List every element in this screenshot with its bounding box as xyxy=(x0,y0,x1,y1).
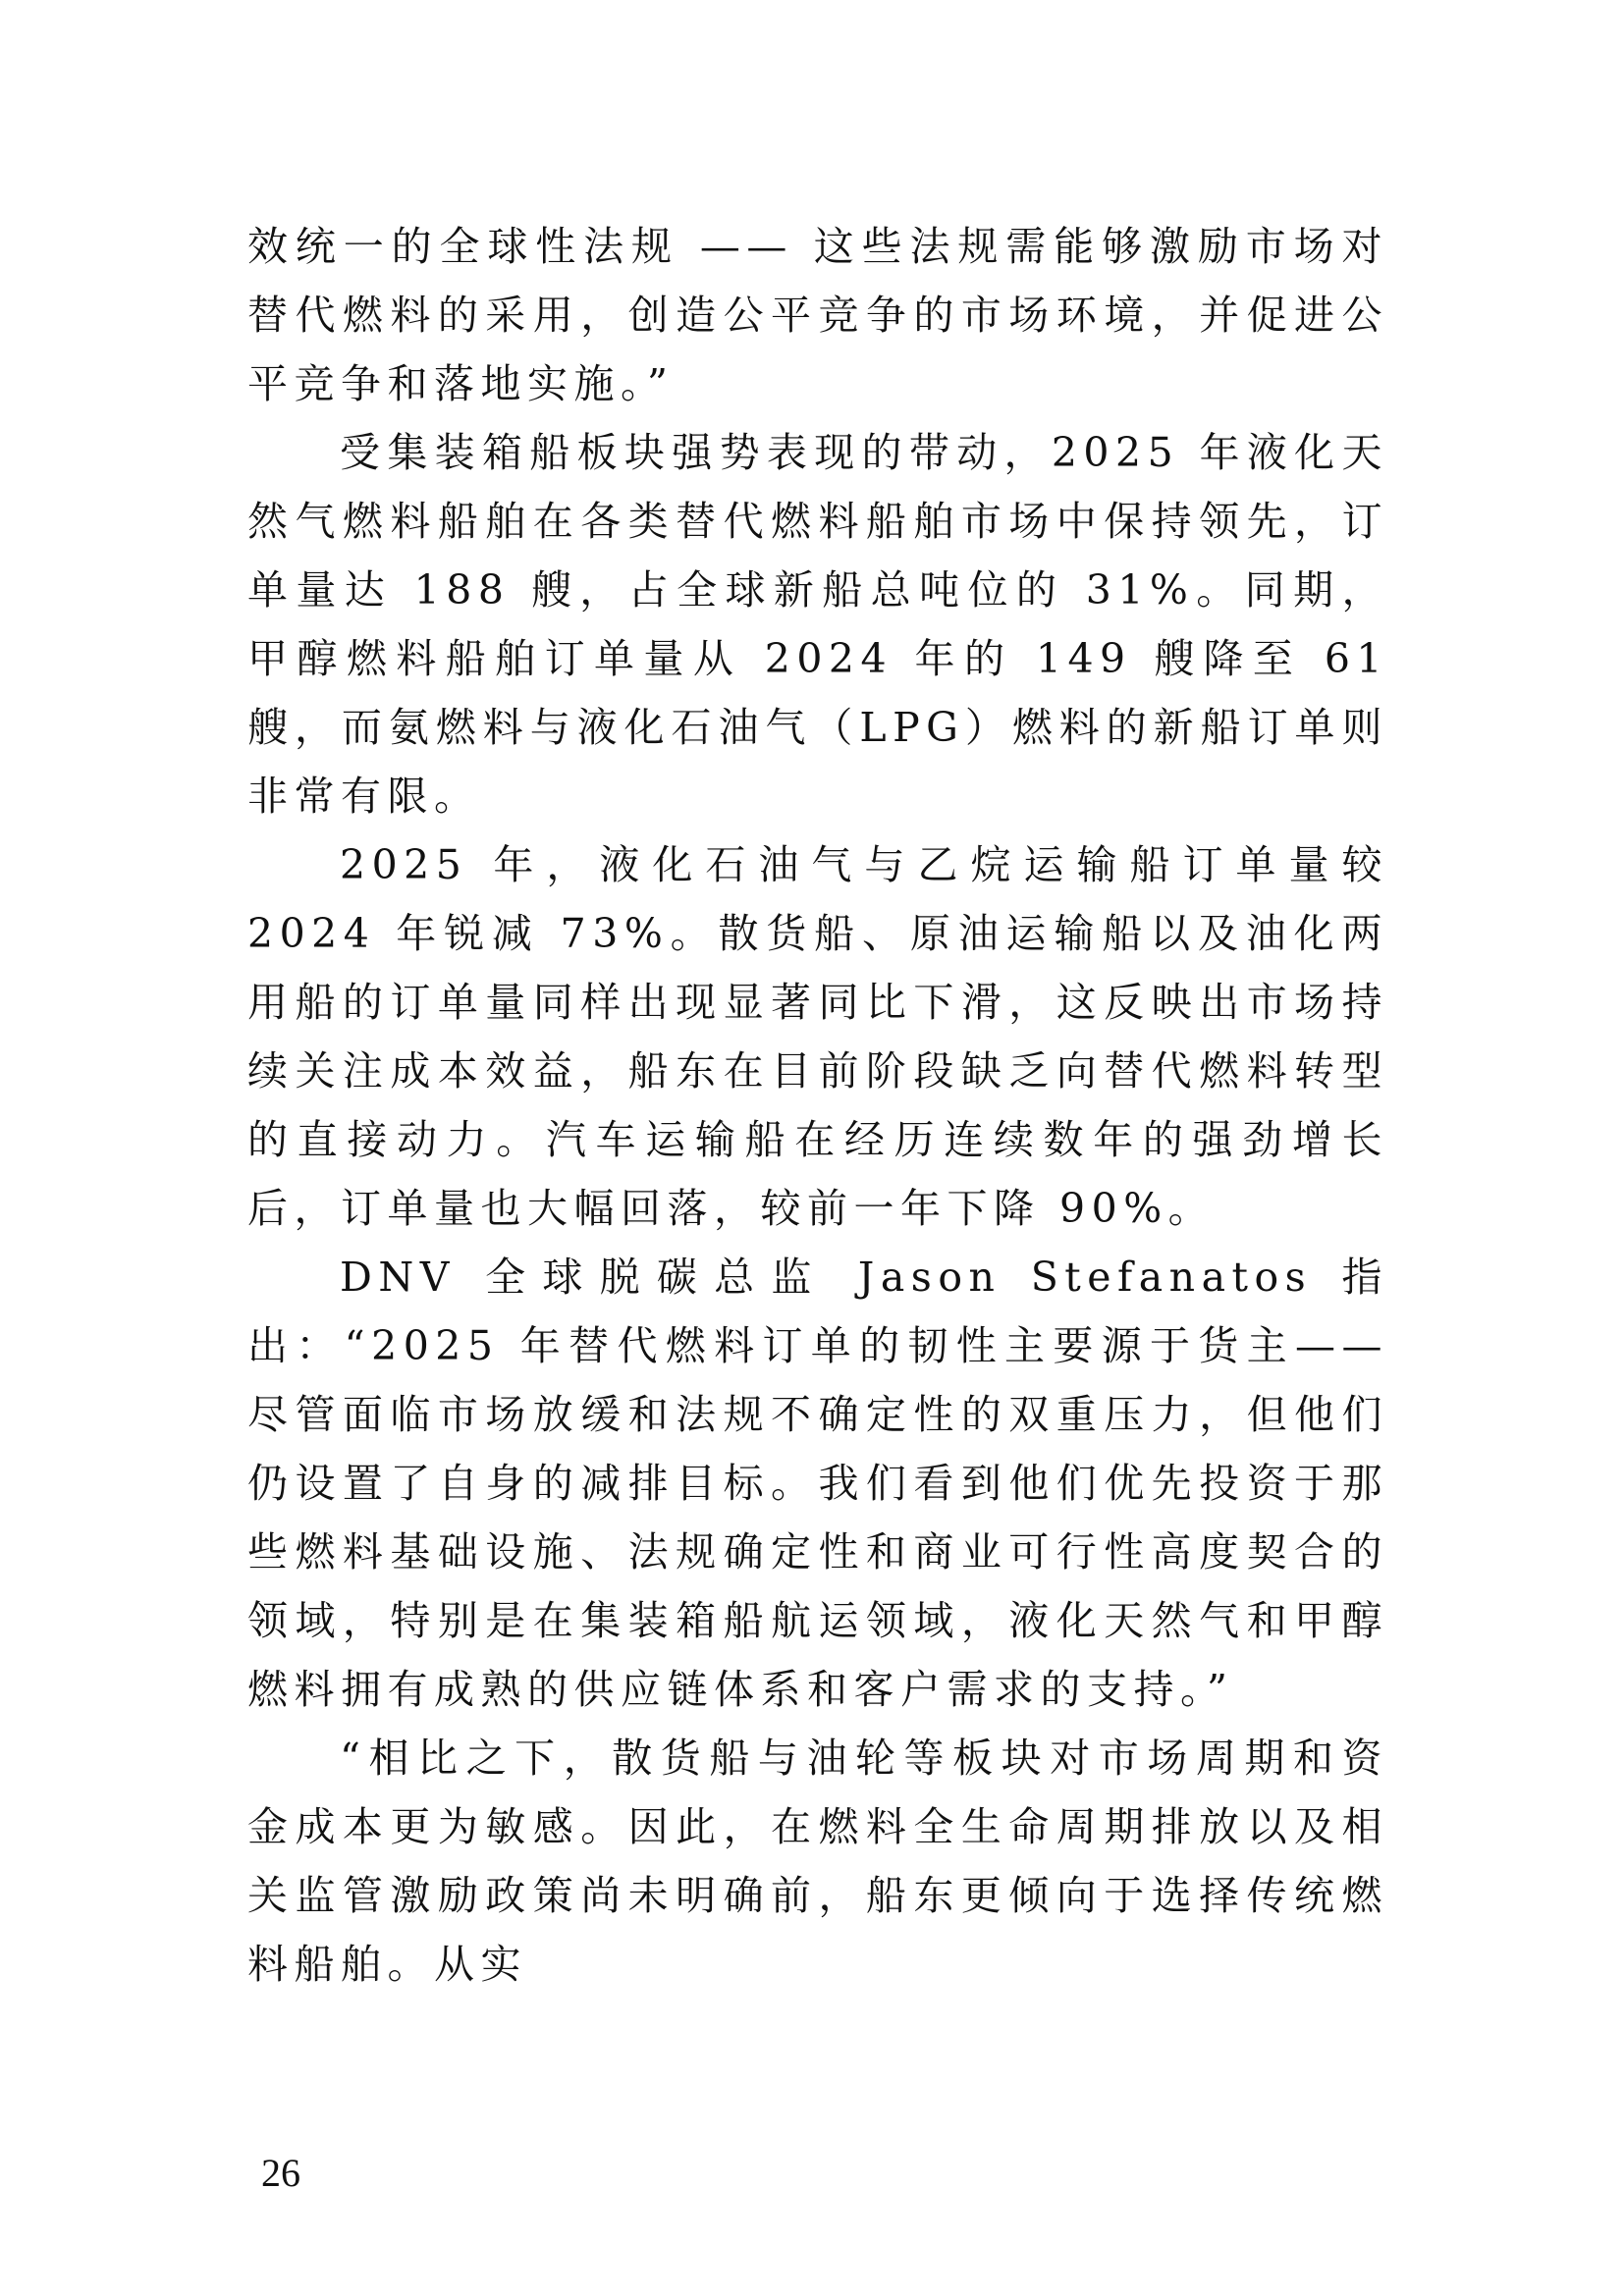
page-number: 26 xyxy=(261,2150,300,2197)
paragraph-5: “相比之下，散货船与油轮等板块对市场周期和资金成本更为敏感。因此，在燃料全生命周… xyxy=(247,1724,1388,1999)
paragraph-4: DNV 全球脱碳总监 Jason Stefanatos 指出：“2025 年替代… xyxy=(247,1243,1388,1724)
paragraph-1: 效统一的全球性法规 —— 这些法规需能够激励市场对替代燃料的采用，创造公平竞争的… xyxy=(247,212,1388,418)
body-text: 效统一的全球性法规 —— 这些法规需能够激励市场对替代燃料的采用，创造公平竞争的… xyxy=(247,212,1388,1999)
document-page: 效统一的全球性法规 —— 这些法规需能够激励市场对替代燃料的采用，创造公平竞争的… xyxy=(0,0,1624,2296)
paragraph-3: 2025 年，液化石油气与乙烷运输船订单量较 2024 年锐减 73%。散货船、… xyxy=(247,830,1388,1243)
paragraph-2: 受集装箱船板块强势表现的带动，2025 年液化天然气燃料船舶在各类替代燃料船舶市… xyxy=(247,418,1388,830)
